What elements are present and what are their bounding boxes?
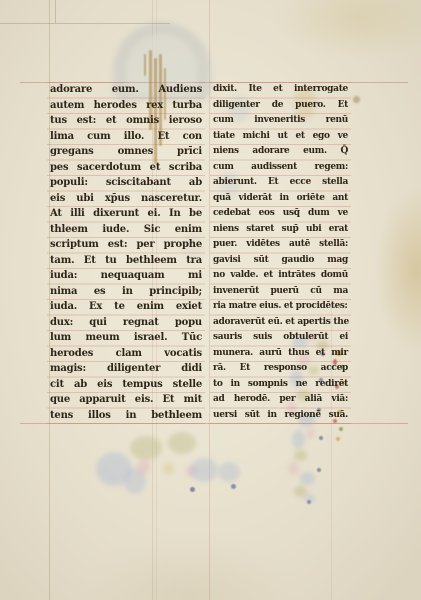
text-line: dixit. Ite et interrogate xyxy=(213,82,348,98)
floral-leaf xyxy=(130,436,162,460)
floral-leaf xyxy=(288,462,299,475)
text-line: ad herodē. per aliā viā: xyxy=(213,392,348,408)
floral-leaf xyxy=(294,450,307,461)
text-line: thleem iude. Sic enim xyxy=(50,222,202,238)
text-line: autem herodes rex turba xyxy=(50,98,202,114)
text-line: gavisi sūt gaudio mag xyxy=(213,253,348,269)
text-column-left: adorare eum. Audiensautem herodes rex tu… xyxy=(50,82,202,424)
text-line: que apparuit eis. Et mit xyxy=(50,392,202,408)
text-line: adoraverūt eū. et apertis the xyxy=(213,315,348,331)
text-line: dux: qui regnat popu xyxy=(50,315,202,331)
text-line: lima cum illo. Et con xyxy=(50,129,202,145)
floral-leaf xyxy=(168,432,196,454)
text-line: At illi dixerunt ei. In be xyxy=(50,206,202,222)
text-line: iuda: nequaquam mi xyxy=(50,268,202,284)
text-line: tam. Et tu bethleem tra xyxy=(50,253,202,269)
text-line: quā viderāt in oriēte ant xyxy=(213,191,348,207)
text-line: tens illos in bethleem xyxy=(50,408,202,424)
text-line: cit ab eis tempus stelle xyxy=(50,377,202,393)
text-line: to in sompnis ne redirēt xyxy=(213,377,348,393)
text-line: magis: diligenter didi xyxy=(50,361,202,377)
text-line: cum inveneritis renū xyxy=(213,113,348,129)
stain xyxy=(353,96,360,103)
text-line: sauris suis obtulerūt ei xyxy=(213,330,348,346)
text-line: abierunt. Et ecce stella xyxy=(213,175,348,191)
text-line: populi: sciscitabant ab xyxy=(50,175,202,191)
page-fold-line xyxy=(0,23,170,24)
floral-leaf xyxy=(306,428,315,439)
floral-leaf xyxy=(300,472,315,485)
floral-dot xyxy=(317,468,321,472)
text-line: cum audissent regem: xyxy=(213,160,348,176)
floral-leaf xyxy=(163,463,174,474)
text-line: herodes clam vocatis xyxy=(50,346,202,362)
text-column-right: dixit. Ite et interrogatediligenter de p… xyxy=(213,82,348,424)
text-line: gregans omnes prīci xyxy=(50,144,202,160)
text-line: nima es in principib; xyxy=(50,284,202,300)
text-line: cedebat eos usq̄ dum ve xyxy=(213,206,348,222)
text-line: niens staret sup̄ ubi erat xyxy=(213,222,348,238)
text-line: scriptum est: per prophe xyxy=(50,237,202,253)
floral-leaf xyxy=(190,458,218,482)
text-line: invenerūt puerū cū ma xyxy=(213,284,348,300)
text-line: no valde. et intrātes domū xyxy=(213,268,348,284)
floral-leaf xyxy=(218,462,240,482)
floral-dot xyxy=(307,500,311,504)
text-line: rā. Et responso accep xyxy=(213,361,348,377)
pen-accent xyxy=(336,437,340,441)
text-line: iuda. Ex te enim exiet xyxy=(50,299,202,315)
text-line: tus est: et omnis ieroso xyxy=(50,113,202,129)
text-line: eis ubi xp̄us nasceretur. xyxy=(50,191,202,207)
pen-accent xyxy=(339,427,343,431)
text-line: niens adorare eum. Q̄ xyxy=(213,144,348,160)
floral-dot xyxy=(319,436,323,440)
manuscript-page: adorare eum. Audiensautem herodes rex tu… xyxy=(0,0,421,600)
text-line: diligenter de puero. Et xyxy=(213,98,348,114)
text-line: lum meum israel. Tūc xyxy=(50,330,202,346)
text-line: tiate michi ut et ego ve xyxy=(213,129,348,145)
floral-dot xyxy=(231,484,236,489)
text-line: ria matre eius. et procidētes: xyxy=(213,299,345,315)
text-line: munera. aurū thus et mir xyxy=(213,346,348,362)
text-line: uersi sūt in regionē suā. xyxy=(213,408,348,424)
floral-dot xyxy=(190,487,195,492)
page-fold-line xyxy=(55,0,56,23)
text-line: adorare eum. Audiens xyxy=(50,82,202,98)
text-line: pes sacerdotum et scriba xyxy=(50,160,202,176)
floral-leaf xyxy=(137,460,150,474)
floral-leaf xyxy=(292,430,305,449)
gold-drip xyxy=(144,54,146,76)
text-line: puer. vidētes autē stellā: xyxy=(213,237,348,253)
